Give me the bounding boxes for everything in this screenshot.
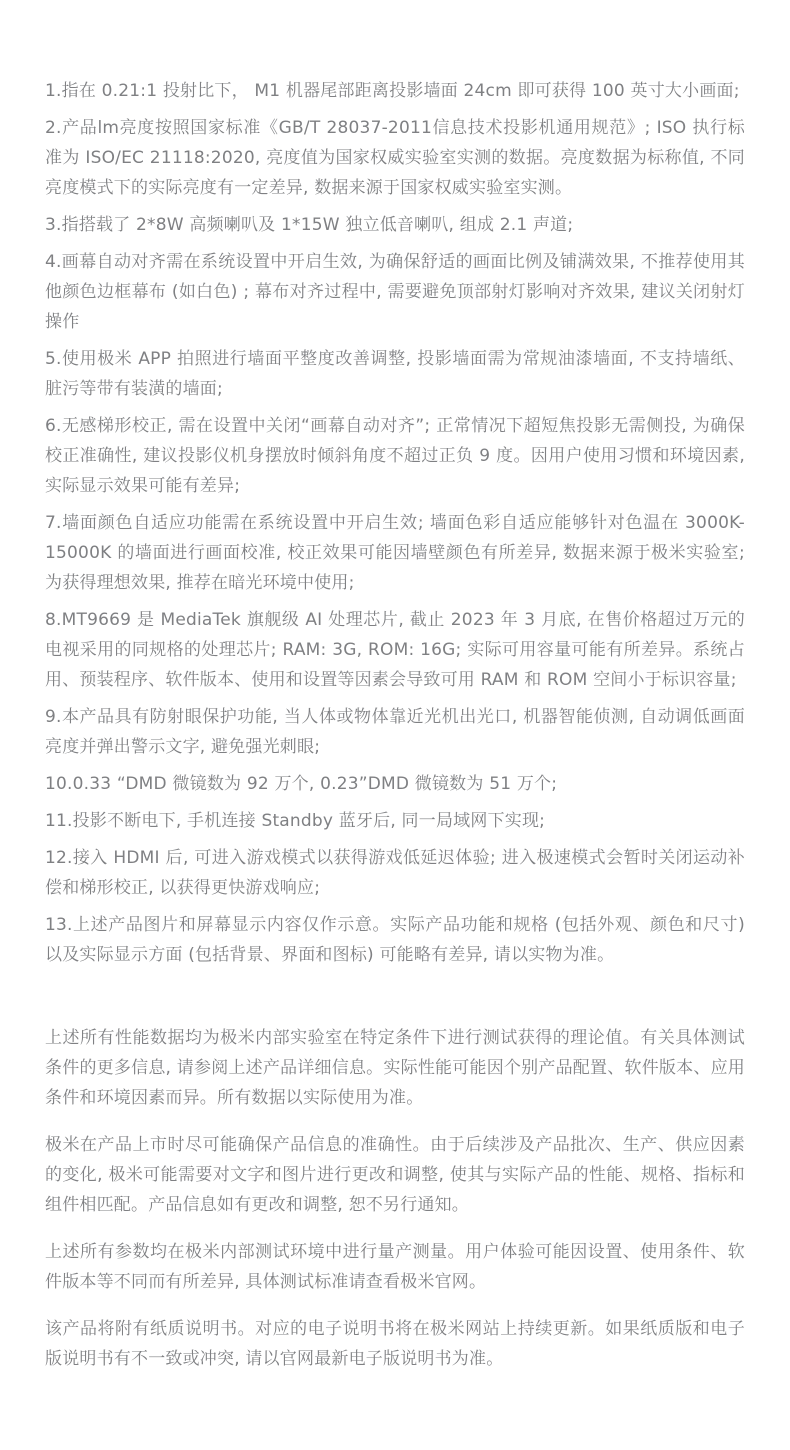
disclaimers-section: 上述所有性能数据均为极米内部实验室在特定条件下进行测试获得的理论值。有关具体测试… <box>45 977 745 1374</box>
footnote-paragraph: 8.MT9669 是 MediaTek 旗舰级 AI 处理芯片, 截止 2023… <box>45 605 745 695</box>
footnote-paragraph: 12.接入 HDMI 后, 可进入游戏模式以获得游戏低延迟体验; 进入极速模式会… <box>45 843 745 903</box>
footnote-paragraph: 2.产品lm亮度按照国家标准《GB/T 28037-2011信息技术投影机通用规… <box>45 113 745 203</box>
footnote-paragraph: 13.上述产品图片和屏幕显示内容仅作示意。实际产品功能和规格 (包括外观、颜色和… <box>45 910 745 970</box>
disclaimer-paragraph: 极米在产品上市时尽可能确保产品信息的准确性。由于后续涉及产品批次、生产、供应因素… <box>45 1130 745 1220</box>
disclaimer-paragraph: 该产品将附有纸质说明书。对应的电子说明书将在极米网站上持续更新。如果纸质版和电子… <box>45 1314 745 1374</box>
footnote-paragraph: 9.本产品具有防射眼保护功能, 当人体或物体靠近光机出光口, 机器智能侦测, 自… <box>45 702 745 762</box>
product-notes-page: 1.指在 0.21:1 投射比下， M1 机器尾部距离投影墙面 24cm 即可获… <box>0 0 790 1450</box>
footnote-paragraph: 7.墙面颜色自适应功能需在系统设置中开启生效; 墙面色彩自适应能够针对色温在 3… <box>45 508 745 598</box>
disclaimer-paragraph: 上述所有性能数据均为极米内部实验室在特定条件下进行测试获得的理论值。有关具体测试… <box>45 1023 745 1113</box>
footnote-paragraph: 10.0.33 “DMD 微镜数为 92 万个, 0.23”DMD 微镜数为 5… <box>45 769 745 799</box>
footnote-paragraph: 3.指搭载了 2*8W 高频喇叭及 1*15W 独立低音喇叭, 组成 2.1 声… <box>45 210 745 240</box>
footnotes-section: 1.指在 0.21:1 投射比下， M1 机器尾部距离投影墙面 24cm 即可获… <box>45 76 745 970</box>
footnote-paragraph: 6.无感梯形校正, 需在设置中关闭“画幕自动对齐”; 正常情况下超短焦投影无需侧… <box>45 411 745 501</box>
disclaimer-paragraph: 上述所有参数均在极米内部测试环境中进行量产测量。用户体验可能因设置、使用条件、软… <box>45 1237 745 1297</box>
footnote-paragraph: 4.画幕自动对齐需在系统设置中开启生效, 为确保舒适的画面比例及铺满效果, 不推… <box>45 247 745 337</box>
footnote-paragraph: 11.投影不断电下, 手机连接 Standby 蓝牙后, 同一局域网下实现; <box>45 806 745 836</box>
footnote-paragraph: 1.指在 0.21:1 投射比下， M1 机器尾部距离投影墙面 24cm 即可获… <box>45 76 745 106</box>
footnote-paragraph: 5.使用极米 APP 拍照进行墙面平整度改善调整, 投影墙面需为常规油漆墙面, … <box>45 344 745 404</box>
